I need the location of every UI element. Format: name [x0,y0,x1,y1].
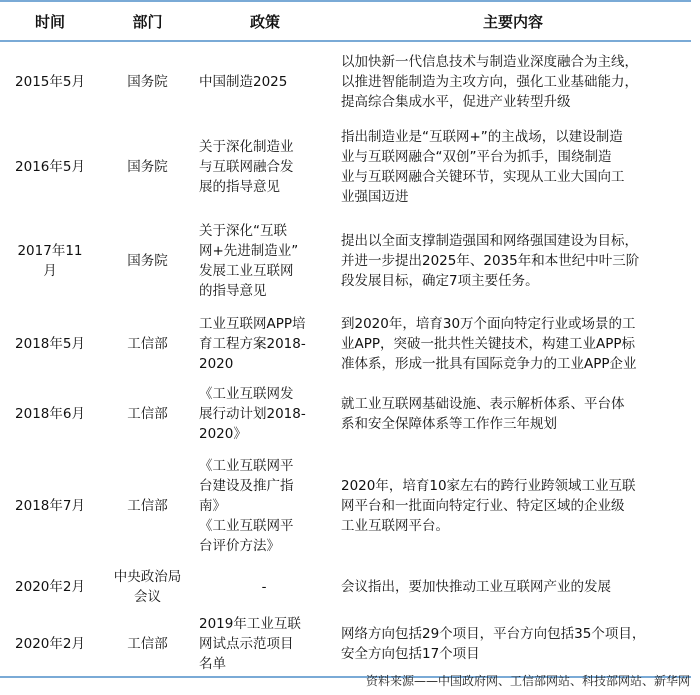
cell-time: 2020年2月 [0,563,100,611]
cell-content: 网络方向包括29个项目，平台方向包括35个项目， 安全方向包括17个项目 [335,611,691,677]
cell-content: 以加快新一代信息技术与制造业深度融合为主线， 以推进智能制造为主攻方向，强化工业… [335,41,691,121]
table-row: 2016年5月 国务院 关于深化制造业 与互联网融合发 展的指导意见 指出制造业… [0,121,691,213]
cell-policy: 《工业互联网发 展行动计划2018- 2020》 [195,379,335,449]
cell-time: 2017年11 月 [0,213,100,309]
cell-content: 会议指出，要加快推动工业互联网产业的发展 [335,563,691,611]
cell-dept: 工信部 [100,449,195,563]
header-time: 时间 [0,1,100,41]
cell-time: 2018年6月 [0,379,100,449]
cell-content: 指出制造业是“互联网+”的主战场，以建设制造 业与互联网融合“双创”平台为抓手，… [335,121,691,213]
cell-content: 2020年，培育10家左右的跨行业跨领域工业互联 网平台和一批面向特定行业、特定… [335,449,691,563]
header-content: 主要内容 [335,1,691,41]
cell-content: 提出以全面支撑制造强国和网络强国建设为目标， 并进一步提出2025年、2035年… [335,213,691,309]
cell-policy: 关于深化制造业 与互联网融合发 展的指导意见 [195,121,335,213]
cell-policy: 2019年工业互联 网试点示范项目 名单 [195,611,335,677]
table-row: 2018年7月 工信部 《工业互联网平 台建设及推广指 南》 《工业互联网平 台… [0,449,691,563]
cell-content: 就工业互联网基础设施、表示解析体系、平台体 系和安全保障体系等工作作三年规划 [335,379,691,449]
policy-table: 时间 部门 政策 主要内容 2015年5月 国务院 中国制造2025 以加快新一… [0,0,691,678]
cell-policy: 工业互联网APP培 育工程方案2018- 2020 [195,309,335,379]
table-row: 2018年6月 工信部 《工业互联网发 展行动计划2018- 2020》 就工业… [0,379,691,449]
table-row: 2020年2月 中央政治局 会议 - 会议指出，要加快推动工业互联网产业的发展 [0,563,691,611]
table-row: 2018年5月 工信部 工业互联网APP培 育工程方案2018- 2020 到2… [0,309,691,379]
cell-time: 2020年2月 [0,611,100,677]
table-row: 2015年5月 国务院 中国制造2025 以加快新一代信息技术与制造业深度融合为… [0,41,691,121]
cell-policy: 《工业互联网平 台建设及推广指 南》 《工业互联网平 台评价方法》 [195,449,335,563]
cell-time: 2018年7月 [0,449,100,563]
table-row: 2020年2月 工信部 2019年工业互联 网试点示范项目 名单 网络方向包括2… [0,611,691,677]
table-header-row: 时间 部门 政策 主要内容 [0,1,691,41]
cell-content: 到2020年，培育30万个面向特定行业或场景的工 业APP，突破一批共性关键技术… [335,309,691,379]
table-row: 2017年11 月 国务院 关于深化“互联 网+先进制造业” 发展工业互联网 的… [0,213,691,309]
cell-dept: 国务院 [100,41,195,121]
cell-dept: 工信部 [100,379,195,449]
cell-policy: 中国制造2025 [195,41,335,121]
cell-dept: 国务院 [100,121,195,213]
header-dept: 部门 [100,1,195,41]
cell-dept: 国务院 [100,213,195,309]
cell-dept: 中央政治局 会议 [100,563,195,611]
header-policy: 政策 [195,1,335,41]
cell-dept: 工信部 [100,309,195,379]
cell-time: 2015年5月 [0,41,100,121]
cell-policy: - [195,563,335,611]
cell-policy: 关于深化“互联 网+先进制造业” 发展工业互联网 的指导意见 [195,213,335,309]
cell-dept: 工信部 [100,611,195,677]
policy-table-container: 时间 部门 政策 主要内容 2015年5月 国务院 中国制造2025 以加快新一… [0,0,691,678]
source-note: 资料来源——中国政府网、工信部网站、科技部网站、新华网 [366,672,690,689]
cell-time: 2018年5月 [0,309,100,379]
cell-time: 2016年5月 [0,121,100,213]
